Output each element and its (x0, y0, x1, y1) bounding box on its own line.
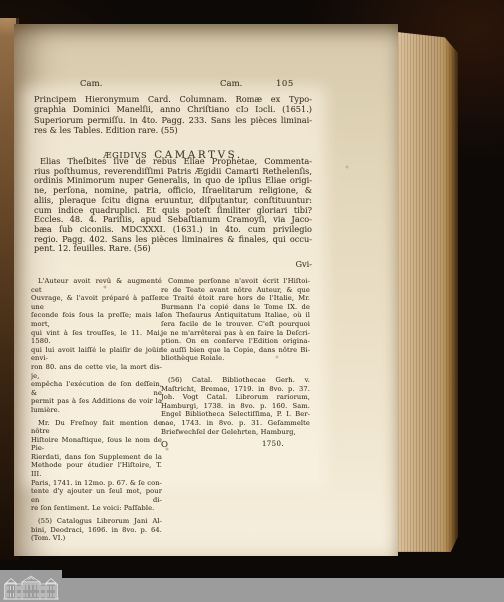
running-head-left: Cam. (80, 79, 102, 89)
watermark-bar (0, 578, 504, 602)
note-paragraph: Mr. Du Freſnoy fait mention de nôtreHiſt… (31, 419, 162, 514)
text-line: qui vint à ſes trouſſes, le 11. Mai, 158… (31, 329, 162, 346)
book-fore-edge (398, 30, 458, 554)
text-line: ſeconde fois ſous la preſſe; mais la mor… (31, 311, 162, 328)
book-photo: Cam. Cam. 105 Principem Hieronymum Card.… (0, 0, 504, 602)
library-logo-tab (0, 570, 62, 602)
text-line: (Tom. VI.) (31, 534, 162, 543)
text-line: ron 80. ans de cette vie, la mort dis-je… (31, 363, 162, 380)
text-line: pent. 12. feuilles. Rare. (56) (34, 244, 312, 254)
text-line: re de Teate avant nôtre Auteur, & que (161, 286, 310, 295)
note-paragraph: Comme perſonne n'avoit écrit l'Hiſtoi-re… (161, 277, 310, 363)
text-line: Methode pour étudier l'Hiſtoire, T. III. (31, 461, 162, 478)
text-line: nae, 1743. in 8vo. p. 31. Geſammelte (161, 419, 310, 428)
text-line: qui lui avoit laiſſé le plaiſir de joüir… (31, 346, 162, 363)
text-line: ce Traité étoit rare hors de l'Italie, M… (161, 294, 310, 303)
imprint-paragraph: Principem Hieronymum Card. Columnam. Rom… (34, 94, 312, 135)
text-line: Joh. Vogt Catal. Librorum rariorum, (161, 393, 310, 402)
text-line: tente d'y ajouter un ſeul mot, pour en d… (31, 487, 162, 504)
text-line: (56) Catal. Bibliothecae Gerh. v. (161, 376, 310, 385)
note-paragraph: (56) Catal. Bibliothecae Gerh. v.Maſtric… (161, 376, 310, 436)
text-line: Paris, 1741. in 12mo. p. 67. & ſe con- (31, 479, 162, 488)
text-line: empêcha l'exécution de ſon deſſein, & ne (31, 380, 162, 397)
text-line: ſera facile de le trouver. C'eſt pourquo… (161, 320, 310, 329)
text-line: Maſtricht, Bremae, 1719. in 8vo. p. 37. (161, 385, 310, 394)
running-head: Cam. Cam. 105 (14, 79, 344, 91)
year-catchword: 1750. (262, 440, 284, 450)
text-line: permit pas à ſes Additions de voir la lu… (31, 397, 162, 414)
footnote-column-left: L'Auteur avoit revû & augmenté cetOuvrag… (31, 277, 162, 543)
library-building-icon (2, 574, 60, 600)
book-page: Cam. Cam. 105 Principem Hieronymum Card.… (14, 24, 398, 556)
text-line: Mr. Du Freſnoy fait mention de nôtre (31, 419, 162, 436)
note-paragraph: L'Auteur avoit revû & augmenté cetOuvrag… (31, 277, 162, 415)
text-line: bliothèque Roiale. (161, 354, 310, 363)
text-line: res & les Tables. Edition rare. (55) (34, 125, 312, 135)
text-line: re ſon ſentiment. Le voici: Paſſable. (31, 504, 162, 513)
entry-paragraph: Elias Theſbites ſive de rebus Eliae Prop… (34, 157, 312, 254)
page-specks (14, 24, 16, 26)
text-line: je ne m'arrêterai pas à en faire la Deſc… (161, 329, 310, 338)
footnote-column-right: Comme perſonne n'avoit écrit l'Hiſtoi-re… (161, 277, 310, 450)
text-line: graphia Dominici Manelſii, anno Chriſtia… (34, 104, 312, 114)
text-line: Briefwechſel der Gelehrten, Hamburg, (161, 428, 310, 437)
note-paragraph: (55) Catalogus Librorum Jani Al-bini, De… (31, 517, 162, 543)
page-number: 105 (276, 79, 294, 89)
text-line: Ouvrage, & l'avoit préparé à paſſer une (31, 294, 162, 311)
text-line: Engel Bibliotheca Selectiſſima, P. I. Be… (161, 410, 310, 419)
text-line: ption. On en conſerve l'Edition origina- (161, 337, 310, 346)
text-line: Principem Hieronymum Card. Columnam. Rom… (34, 94, 312, 104)
text-line: L'Auteur avoit revû & augmenté cet (31, 277, 162, 294)
catchword: Gvi- (34, 259, 312, 269)
text-line: ſon Theſaurus Antiquitatum Italiae, où i… (161, 311, 310, 320)
text-line: Hiſtoire Monaſtique, ſous le nom de Pie- (31, 436, 162, 453)
signature-mark: O (161, 440, 168, 450)
text-line: Comme perſonne n'avoit écrit l'Hiſtoi- (161, 277, 310, 286)
text-line: Superiorum permiſſu. in 4to. Pagg. 233. … (34, 115, 312, 125)
running-head-center: Cam. (220, 79, 242, 89)
text-line: bini, Deodraci, 1696. in 8vo. p. 64. (31, 526, 162, 535)
signature-row: O 1750. (161, 440, 310, 450)
text-line: (55) Catalogus Librorum Jani Al- (31, 517, 162, 526)
